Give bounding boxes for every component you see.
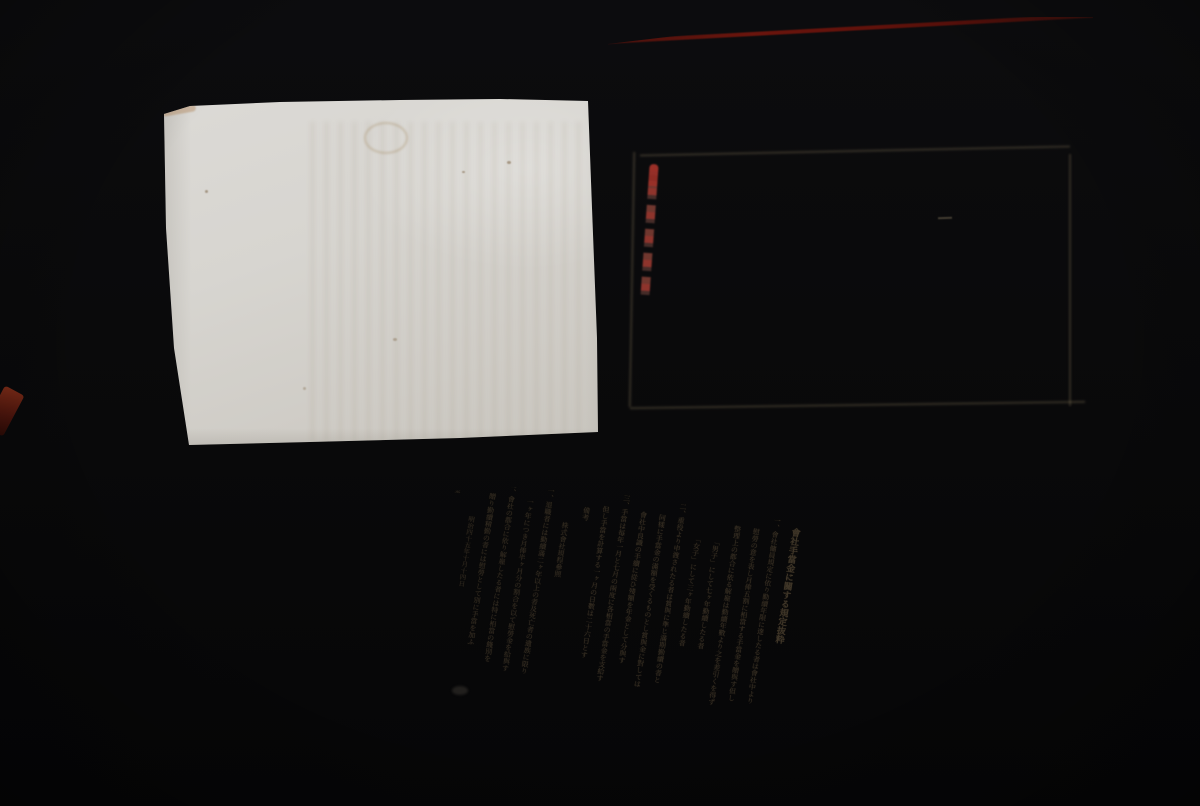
paper-stain-ring (364, 122, 408, 154)
blank-paper-sheet-top-right (595, 12, 1111, 454)
paper-speck (393, 338, 397, 341)
date-column: 明治四十五年十月十四日 (456, 515, 475, 587)
note-column: 株式會社規程參照 (552, 521, 570, 578)
showthrough-border-line (640, 145, 1070, 156)
notes-header-column: 備考 (580, 506, 592, 521)
paper-speck (205, 190, 208, 193)
paper-speck (507, 161, 511, 164)
showthrough-border-line (629, 152, 635, 407)
document-text-block: 會社手當金に關する規定抜粋 一、會社傭員規定に依り勤續年限に達したる者は會社中よ… (374, 462, 804, 741)
text-column: 手當金 (452, 473, 464, 494)
paper-curl-edge (162, 104, 197, 117)
printed-document-sheet: 會社手當金に關する規定抜粋 一、會社傭員規定に依り勤續年限に達したる者は會社中よ… (340, 472, 852, 774)
text-showthrough (310, 122, 590, 442)
red-ink-smudge (640, 164, 658, 298)
red-paper-edge (605, 13, 1096, 44)
showthrough-border-line (630, 401, 1085, 409)
paper-speck (462, 171, 465, 173)
paper-speck (938, 217, 952, 219)
photo-of-documents: { "photo": { "background_color": "#0a0a0… (0, 0, 1200, 806)
red-object-left-edge (0, 386, 25, 437)
paper-speck (303, 387, 306, 390)
blank-paper-sheet-top-left (160, 88, 606, 450)
showthrough-border-line (1069, 154, 1071, 406)
